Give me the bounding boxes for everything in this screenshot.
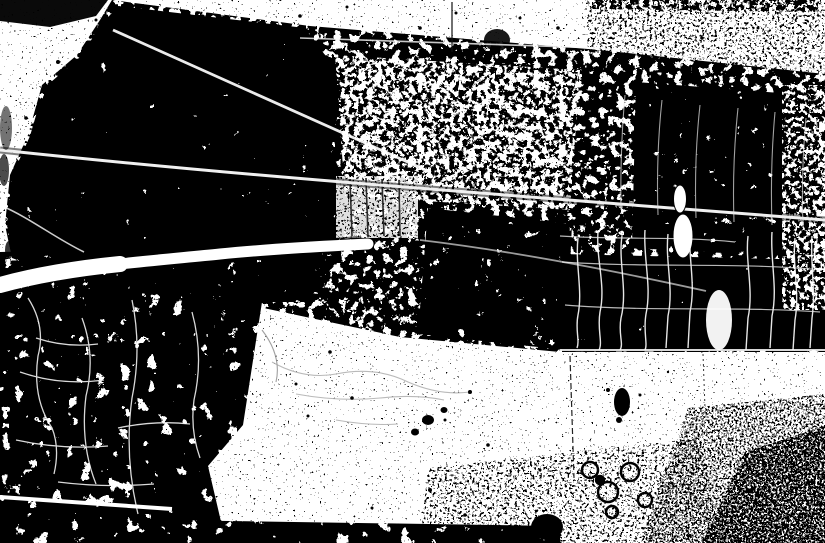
right-edge-light-column xyxy=(782,85,825,310)
photo-canvas xyxy=(0,0,825,543)
top-edge-bump xyxy=(484,29,510,51)
binarized-aerial-photograph xyxy=(0,0,825,543)
bottom-edge-blob xyxy=(531,514,563,540)
white-gap-right-mass xyxy=(706,290,732,350)
center-dense-patch xyxy=(418,208,572,350)
